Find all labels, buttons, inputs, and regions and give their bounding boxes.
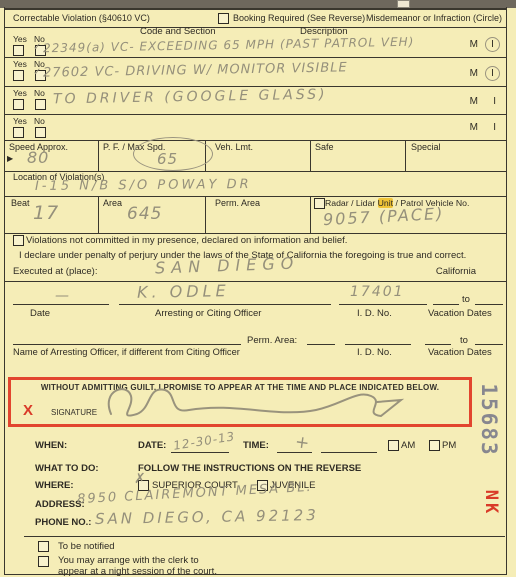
- violation-1-handwriting: 22349(a) VC- EXCEEDING 65 MPH (PAST PATR…: [43, 35, 415, 55]
- pf-value-handwriting: 65: [157, 150, 178, 168]
- violation-2-handwriting: 27602 VC- DRIVING W/ MONITOR VISIBLE: [43, 60, 348, 80]
- cell-divider: [98, 140, 99, 171]
- citation-form: Correctable Violation (§40610 VC) Bookin…: [0, 0, 516, 577]
- no-label: No: [34, 88, 45, 98]
- special-label: Special: [411, 142, 441, 152]
- clerk-checkbox[interactable]: [38, 556, 49, 567]
- cell-divider: [310, 196, 311, 233]
- area-value-handwriting: 645: [127, 204, 162, 224]
- perm-area-label: Perm. Area:: [247, 335, 297, 346]
- vacation-dates-label: Vacation Dates: [428, 308, 492, 319]
- id-no-label: I. D. No.: [357, 308, 392, 319]
- cropped-checkbox-icon: [397, 0, 410, 8]
- booking-required-label: Booking Required (See Reverse): [233, 13, 365, 23]
- date-handwriting: —: [55, 288, 70, 304]
- yes-label: Yes: [13, 88, 27, 98]
- x-mark: X: [23, 402, 33, 419]
- safe-label: Safe: [315, 142, 334, 152]
- radar-checkbox[interactable]: [314, 198, 325, 209]
- pm-checkbox[interactable]: [429, 440, 440, 451]
- yes-checkbox[interactable]: [13, 45, 24, 56]
- yes-checkbox[interactable]: [13, 99, 24, 110]
- time-label: TIME:: [243, 440, 269, 451]
- booking-required-checkbox[interactable]: [218, 13, 229, 24]
- misdemeanor-letter[interactable]: M: [470, 122, 478, 133]
- when-row: WHEN: DATE: 12-30-13 TIME: + AM PM: [5, 437, 506, 459]
- name-line[interactable]: [13, 344, 241, 345]
- speed-value-handwriting: 80: [27, 148, 49, 167]
- phone-row: PHONE NO.: SAN DIEGO, CA 92123: [5, 514, 506, 533]
- promise-box: WITHOUT ADMITTING GUILT, I PROMISE TO AP…: [8, 377, 472, 427]
- infraction-letter[interactable]: I: [493, 122, 496, 133]
- date-label: Date: [30, 308, 50, 319]
- no-checkmark: ✓: [33, 42, 42, 53]
- officer-block: — K. ODLE 17401 to Date Arresting or Cit…: [5, 282, 506, 330]
- what-to-do-row: WHAT TO DO: FOLLOW THE INSTRUCTIONS ON T…: [5, 461, 506, 477]
- no-label: No: [34, 116, 45, 126]
- radar-label-pre: Radar / Lidar: [325, 198, 378, 208]
- executed-place-handwriting: SAN DIEGO: [155, 253, 300, 277]
- beat-row: Beat 17 Area 645 Perm. Area Radar / Lida…: [5, 196, 506, 234]
- vacation-dates-label-2: Vacation Dates: [428, 347, 492, 358]
- appear-time-line[interactable]: [277, 452, 312, 453]
- to-label-2: to: [460, 335, 468, 346]
- appear-time-handwriting: +: [294, 432, 312, 454]
- where-label: WHERE:: [35, 480, 74, 491]
- superior-court-x-mark: ✗: [134, 471, 147, 487]
- yes-label: Yes: [13, 34, 27, 44]
- appear-date-handwriting: 12-30-13: [172, 429, 236, 453]
- clerk-row: You may arrange with the clerk to appear…: [5, 554, 506, 577]
- signature-scrawl[interactable]: [71, 382, 451, 424]
- scan-edge-band: [0, 0, 516, 8]
- phone-label: PHONE NO.:: [35, 517, 91, 528]
- cell-divider: [98, 196, 99, 233]
- citing-officer-label: Arresting or Citing Officer: [155, 308, 261, 319]
- to-be-notified-checkbox[interactable]: [38, 541, 49, 552]
- violation-row-1: Yes No ✓ Code and Section Description 22…: [5, 25, 506, 58]
- yes-checkbox[interactable]: [13, 127, 24, 138]
- cell-divider: [405, 140, 406, 171]
- pm-label: PM: [442, 440, 456, 451]
- violation-3-handwriting: TO DRIVER (GOOGLE GLASS): [53, 87, 328, 108]
- correctable-violation-label: Correctable Violation (§40610 VC): [13, 13, 150, 23]
- infraction-letter-circled[interactable]: I: [485, 37, 500, 52]
- name-if-different-label: Name of Arresting Officer, if different …: [13, 347, 240, 357]
- speed-row: Speed Approx. ▶ 80 P. F. / Max Spd. 65 V…: [5, 140, 506, 172]
- court-code-stamp: NK: [477, 475, 501, 531]
- form-right-border: [506, 7, 507, 575]
- appear-date-line[interactable]: [171, 452, 229, 453]
- am-checkbox[interactable]: [388, 440, 399, 451]
- no-checkmark: ✓: [33, 67, 42, 78]
- executed-row: Executed at (place): SAN DIEGO Californi…: [5, 262, 506, 282]
- clerk-label-line2: appear at a night session of the court.: [58, 566, 217, 577]
- infraction-letter-circled[interactable]: I: [485, 66, 500, 81]
- misdemeanor-infraction-label: Misdemeanor or Infraction (Circle): [366, 13, 502, 23]
- infraction-letter[interactable]: I: [493, 96, 496, 107]
- second-officer-block: Perm. Area: to Name of Arresting Officer…: [5, 330, 506, 360]
- misdemeanor-letter[interactable]: M: [470, 68, 478, 79]
- yes-label: Yes: [13, 116, 27, 126]
- location-handwriting: I-15 N/B S/O POWAY DR: [35, 177, 252, 194]
- violation-row-2: Yes No ✓ 27602 VC- DRIVING W/ MONITOR VI…: [5, 57, 506, 87]
- beat-value-handwriting: 17: [33, 202, 59, 224]
- date-label: DATE:: [138, 440, 166, 451]
- california-label: California: [436, 266, 476, 277]
- not-committed-label: Violations not committed in my presence,…: [26, 235, 347, 246]
- yes-checkbox[interactable]: [13, 70, 24, 81]
- location-row: Location of Violation(s) I-15 N/B S/O PO…: [5, 171, 506, 197]
- officer-line[interactable]: [119, 304, 331, 305]
- arrow-marker-icon: ▶: [7, 154, 13, 163]
- vacation-from-line[interactable]: [433, 304, 459, 305]
- id-line-2[interactable]: [345, 344, 411, 345]
- officer-name-handwriting: K. ODLE: [137, 281, 230, 302]
- appear-time-line-2[interactable]: [321, 452, 377, 453]
- citation-number-stamp: 15683: [477, 370, 501, 470]
- am-label: AM: [401, 440, 415, 451]
- perm-area-line[interactable]: [307, 344, 335, 345]
- id-no-label-2: I. D. No.: [357, 347, 392, 358]
- no-checkbox[interactable]: [35, 127, 46, 138]
- vacation-from-line-2[interactable]: [425, 344, 451, 345]
- executed-at-label: Executed at (place):: [13, 266, 98, 277]
- what-to-do-value: FOLLOW THE INSTRUCTIONS ON THE REVERSE: [138, 463, 361, 474]
- officer-id-handwriting: 17401: [350, 284, 405, 300]
- vacation-to-line[interactable]: [475, 304, 503, 305]
- cell-divider: [310, 140, 311, 171]
- violation-row-4: Yes No M I: [5, 114, 506, 141]
- phone-line-handwriting: SAN DIEGO, CA 92123: [95, 506, 319, 528]
- yes-label: Yes: [13, 59, 27, 69]
- not-committed-row: Violations not committed in my presence,…: [5, 233, 506, 249]
- misdemeanor-letter[interactable]: M: [470, 39, 478, 50]
- clerk-label-line1: You may arrange with the clerk to: [58, 555, 199, 566]
- violation-row-3: Yes No TO DRIVER (GOOGLE GLASS) M I: [5, 86, 506, 115]
- beat-label: Beat: [11, 198, 30, 208]
- veh-lmt-label: Veh. Lmt.: [215, 142, 253, 152]
- cell-divider: [205, 196, 206, 233]
- perm-area-label: Perm. Area: [215, 198, 260, 208]
- no-checkbox[interactable]: [35, 99, 46, 110]
- id-line[interactable]: [339, 304, 427, 305]
- what-to-do-label: WHAT TO DO:: [35, 463, 99, 474]
- misdemeanor-letter[interactable]: M: [470, 96, 478, 107]
- not-committed-checkbox[interactable]: [13, 235, 24, 246]
- footer-divider: [24, 536, 505, 537]
- notify-row: To be notified: [5, 540, 506, 554]
- code-section-header: Code and Section: [140, 26, 216, 37]
- to-be-notified-label: To be notified: [58, 541, 115, 552]
- when-label: WHEN:: [35, 440, 67, 451]
- date-line[interactable]: [13, 304, 109, 305]
- to-label: to: [462, 294, 470, 305]
- area-label: Area: [103, 198, 122, 208]
- vacation-to-line-2[interactable]: [475, 344, 503, 345]
